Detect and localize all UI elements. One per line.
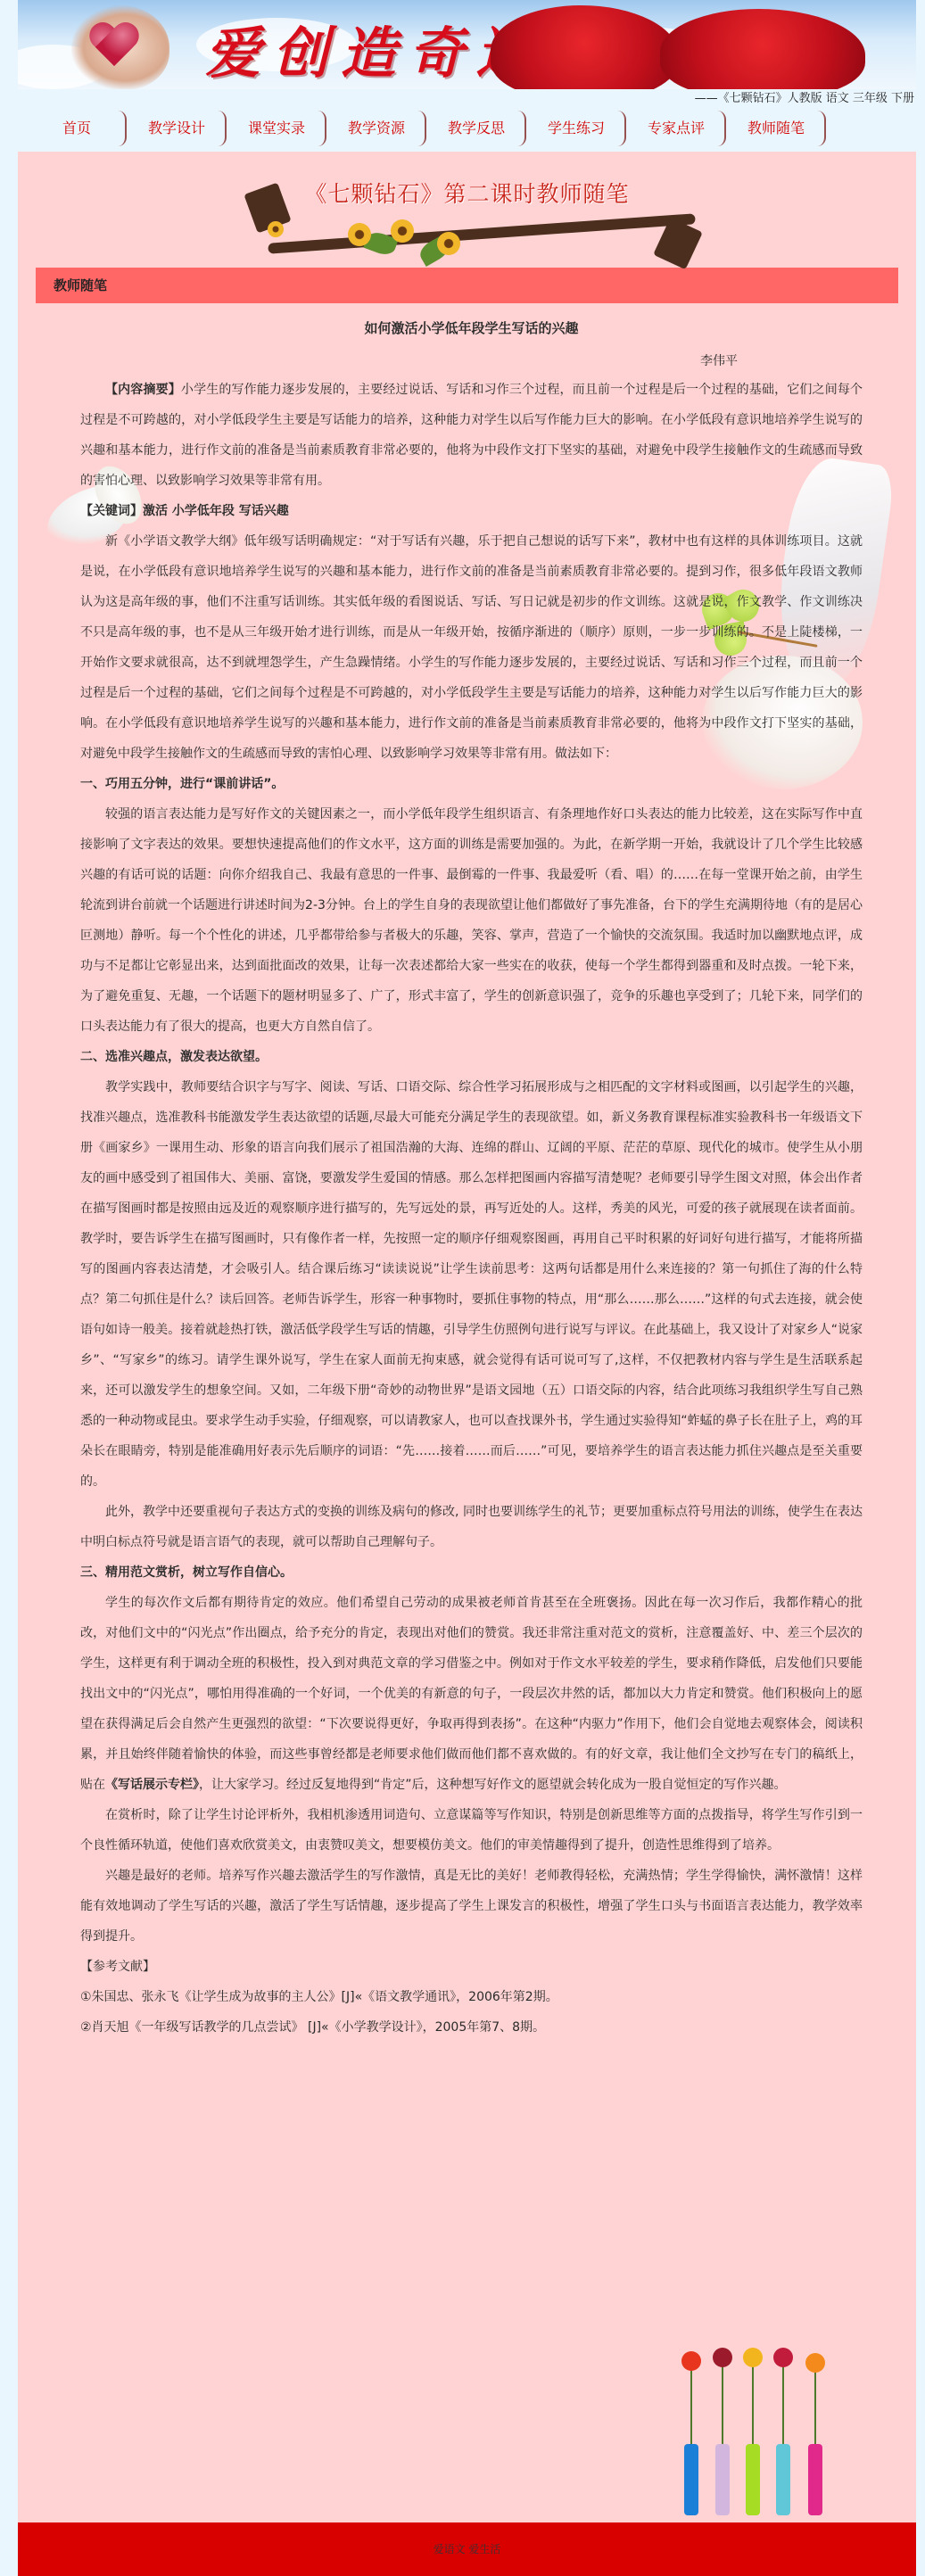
section-3-paragraph: 兴趣是最好的老师。培养写作兴趣去激活学生的写作激情，真是无比的美好！老师教得轻松… <box>80 1861 863 1952</box>
nav-item-teaching-resources[interactable]: 教学资源 <box>326 109 426 148</box>
article-author: 李伟平 <box>80 348 863 375</box>
section-heading-3: 三、精用范文赏析，树立写作自信心。 <box>80 1557 863 1588</box>
article-abstract: 【内容摘要】小学生的写作能力逐步发展的，主要经过说话、写话和习作三个过程，而且前… <box>80 375 863 496</box>
main-content: 《七颗钻石》第二课时教师随笔 教师随笔 如何激活小学低年段学生写话的兴趣 李伟平… <box>18 152 916 2544</box>
flower-stem <box>752 2361 754 2446</box>
flower-stem <box>814 2365 816 2446</box>
section-header: 教师随笔 <box>36 268 898 303</box>
vase-pink <box>808 2444 822 2515</box>
section-3-text-cont: ，让大家学习。经过反复地得到“肯定”后，这种想写好作文的愿望就会转化成为一股自觉… <box>199 1778 787 1792</box>
reference-item: ②肖天旭《一年级写话教学的几点尝试》 [J]«《小学教学设计》，2005年第7、… <box>80 2012 863 2043</box>
nav-item-teaching-design[interactable]: 教学设计 <box>127 109 227 148</box>
site-footer: 爱语文 爱生活 <box>18 2522 916 2576</box>
flower-vases-image <box>666 2337 845 2515</box>
section-3-text: 学生的每次作文后都有期待肯定的效应。他们希望自己劳动的成果被老师首肯甚至在全班褒… <box>80 1596 863 1792</box>
article-intro: 新《小学语文教学大纲》低年级写话明确规定：“对于写话有兴趣，乐于把自己想说的话写… <box>80 526 863 769</box>
abstract-label: 【内容摘要】 <box>105 383 181 397</box>
section-1-paragraph: 较强的语言表达能力是写好作文的关键因素之一，而小学低年段学生组织语言、有条理地作… <box>80 799 863 1042</box>
flower-bloom <box>713 2348 732 2367</box>
flower-decoration <box>391 219 414 243</box>
flower-decoration <box>348 223 371 246</box>
section-2-paragraph: 此外，教学中还要重视句子表达方式的变换的训练及病句的修改, 同时也要训练学生的礼… <box>80 1497 863 1557</box>
flower-bloom <box>773 2348 793 2367</box>
article-keywords: 【关键词】激活 小学低年段 写话兴趣 <box>80 496 863 526</box>
vase-cyan <box>776 2444 790 2515</box>
flower-bloom <box>805 2353 825 2373</box>
flower-stem <box>690 2365 692 2446</box>
vase-green <box>746 2444 760 2515</box>
section-2-paragraph: 教学实践中，教师要结合识字与写字、阅读、写话、口语交际、综合性学习拓展形成与之相… <box>80 1072 863 1497</box>
section-3-paragraph: 在赏析时，除了让学生讨论评析外，我相机渗透用词造句、立意谋篇等写作知识，特别是创… <box>80 1800 863 1861</box>
vase-blue <box>684 2444 698 2515</box>
hero-title: 《七颗钻石》第二课时教师随笔 <box>18 177 916 209</box>
reference-item: ①朱国忠、张永飞《让学生成为故事的主人公》[J]«《语文教学通讯》，2006年第… <box>80 1982 863 2012</box>
nav-item-home[interactable]: 首页 <box>27 109 127 148</box>
section-heading-2: 二、选准兴趣点，激发表达欲望。 <box>80 1042 863 1072</box>
vase-lilac <box>715 2444 730 2515</box>
main-nav: 首页 教学设计 课堂实录 教学资源 教学反思 学生练习 专家点评 教师随笔 <box>18 109 916 152</box>
showcase-column-label: 《写话展示专栏》 <box>105 1778 199 1792</box>
article: 如何激活小学低年段学生写话的兴趣 李伟平 【内容摘要】小学生的写作能力逐步发展的… <box>18 316 916 2043</box>
references-label: 【参考文献】 <box>80 1952 863 1982</box>
flower-bloom <box>681 2351 701 2371</box>
red-tree-image <box>491 5 678 89</box>
nav-item-teaching-reflection[interactable]: 教学反思 <box>426 109 526 148</box>
red-tree-image <box>660 9 865 89</box>
section-3-paragraph: 学生的每次作文后都有期待肯定的效应。他们希望自己劳动的成果被老师首肯甚至在全班褒… <box>80 1588 863 1800</box>
section-heading-1: 一、巧用五分钟，进行“课前讲话”。 <box>80 769 863 799</box>
article-title: 如何激活小学低年段学生写话的兴趣 <box>80 316 863 341</box>
page-wrapper: 爱创造奇迹 ——《七颗钻石》人教版 语文 三年级 下册 首页 教学设计 课堂实录… <box>18 0 916 2544</box>
nav-item-student-practice[interactable]: 学生练习 <box>526 109 626 148</box>
flower-stem <box>782 2361 784 2446</box>
nav-item-class-record[interactable]: 课堂实录 <box>227 109 326 148</box>
flower-decoration <box>268 221 284 237</box>
nav-item-expert-review[interactable]: 专家点评 <box>626 109 726 148</box>
flower-decoration <box>437 232 460 255</box>
course-subtitle: ——《七颗钻石》人教版 语文 三年级 下册 <box>18 89 916 109</box>
site-banner: 爱创造奇迹 <box>18 0 916 89</box>
hero-header: 《七颗钻石》第二课时教师随笔 <box>18 152 916 268</box>
nav-item-teacher-notes[interactable]: 教师随笔 <box>726 109 826 148</box>
flower-stem <box>722 2361 723 2446</box>
heart-icon <box>87 23 141 77</box>
ribbon-band <box>268 213 696 253</box>
abstract-text: 小学生的写作能力逐步发展的，主要经过说话、写话和习作三个过程，而且前一个过程是后… <box>80 383 863 488</box>
flower-bloom <box>743 2348 763 2367</box>
